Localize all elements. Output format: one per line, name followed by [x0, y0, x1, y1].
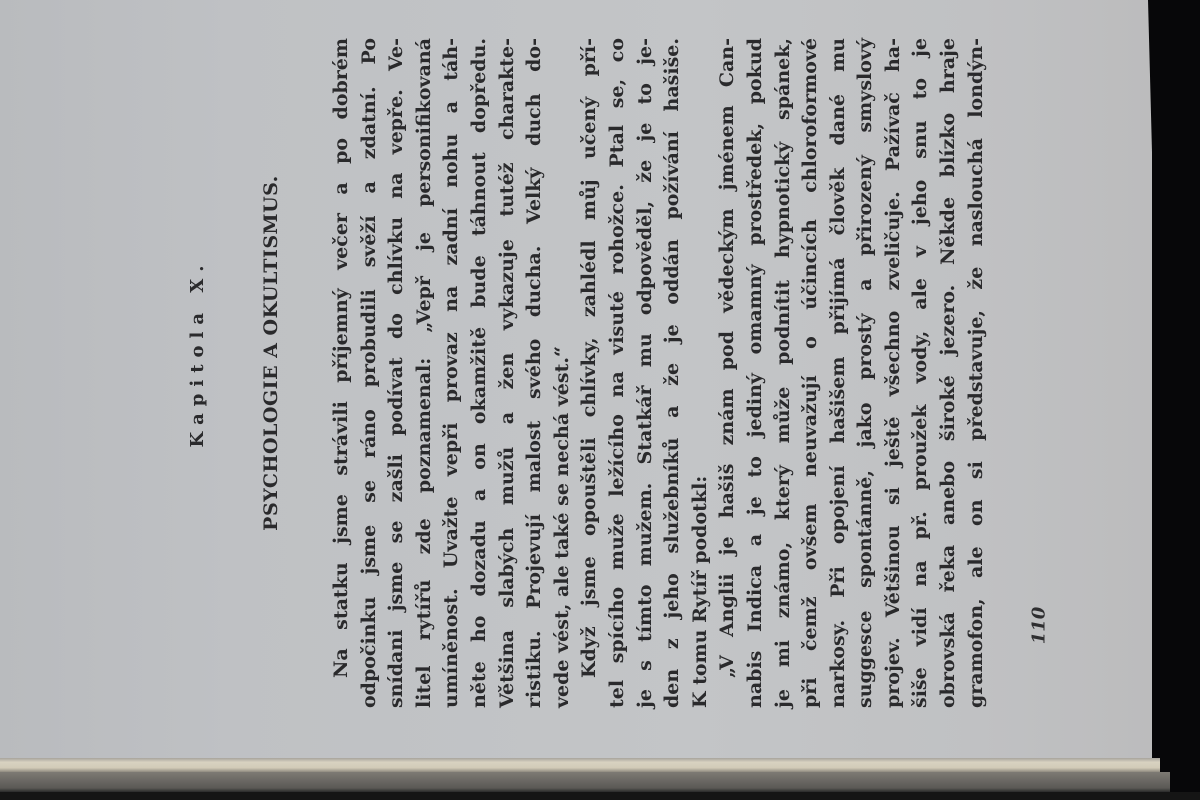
text-line: projev. Většinou si ještě všechno zvelič…: [880, 38, 908, 708]
text-line: ristiku. Projevují malost svého ducha. V…: [521, 38, 549, 708]
text-line: K tomu Rytíř podotkl:: [687, 38, 715, 708]
text-line: Na statku jsme strávili příjemný večer a…: [328, 38, 356, 708]
text-line: při čemž ovšem neuvažují o účincích chlo…: [797, 38, 825, 708]
text-line: nabis Indica a je to jediný omamný prost…: [742, 38, 770, 708]
text-line: šiše vidí na př. proužek vody, ale v jeh…: [907, 38, 935, 708]
text-line: suggesce spontánně, jako prostý a přiroz…: [852, 38, 880, 708]
text-line: snídani jsme se zašli podívat do chlívku…: [383, 38, 411, 708]
text-line: umíněnost. Uvažte vepři provaz na zadní …: [438, 38, 466, 708]
text-line: narkosy. Při opojení hašišem přijímá člo…: [825, 38, 853, 708]
body-text: Na statku jsme strávili příjemný večer a…: [328, 38, 990, 708]
text-line: Když jsme opouštěli chlívky, zahlédl můj…: [576, 38, 604, 708]
dark-background: [1148, 0, 1200, 800]
text-line: vede vést, ale také se nechá vést.“: [549, 38, 577, 708]
text-line: den z jeho služebníků a že je oddán poží…: [659, 38, 687, 708]
text-line: je s tímto mužem. Statkář mu odpověděl, …: [632, 38, 660, 708]
page-edges: [0, 758, 1160, 772]
text-line: „V Anglii je hašiš znám pod vědeckým jmé…: [714, 38, 742, 708]
chapter-title: PSYCHOLOGIE A OKULTISMUS.: [256, 38, 286, 668]
text-line: gramofon, ale on si představuje, že nasl…: [963, 38, 991, 708]
dark-background-bottom: [0, 792, 1200, 800]
text-line: odpočinku jsme se ráno probudili svěží a…: [356, 38, 384, 708]
chapter-label: Kapitola X.: [180, 38, 216, 668]
text-line: Většina slabých mužů a žen vykazuje tuté…: [494, 38, 522, 708]
text-line: litel rytířů zde poznamenal: „Vepř je pe…: [411, 38, 439, 708]
text-line: něte ho dozadu a on okamžitě bude táhnou…: [466, 38, 494, 708]
text-line: tel spícího muže ležícího na visuté roho…: [604, 38, 632, 708]
photo-scene: Kapitola X. PSYCHOLOGIE A OKULTISMUS. Na…: [0, 0, 1200, 800]
page-text: Kapitola X. PSYCHOLOGIE A OKULTISMUS. Na…: [180, 38, 990, 708]
text-line: obrovská řeka anebo široké jezero. Někde…: [935, 38, 963, 708]
text-line: je mi známo, který může podnítit hypnoti…: [770, 38, 798, 708]
book-cover-edge: [0, 772, 1170, 792]
page-number: 110: [1028, 607, 1049, 645]
